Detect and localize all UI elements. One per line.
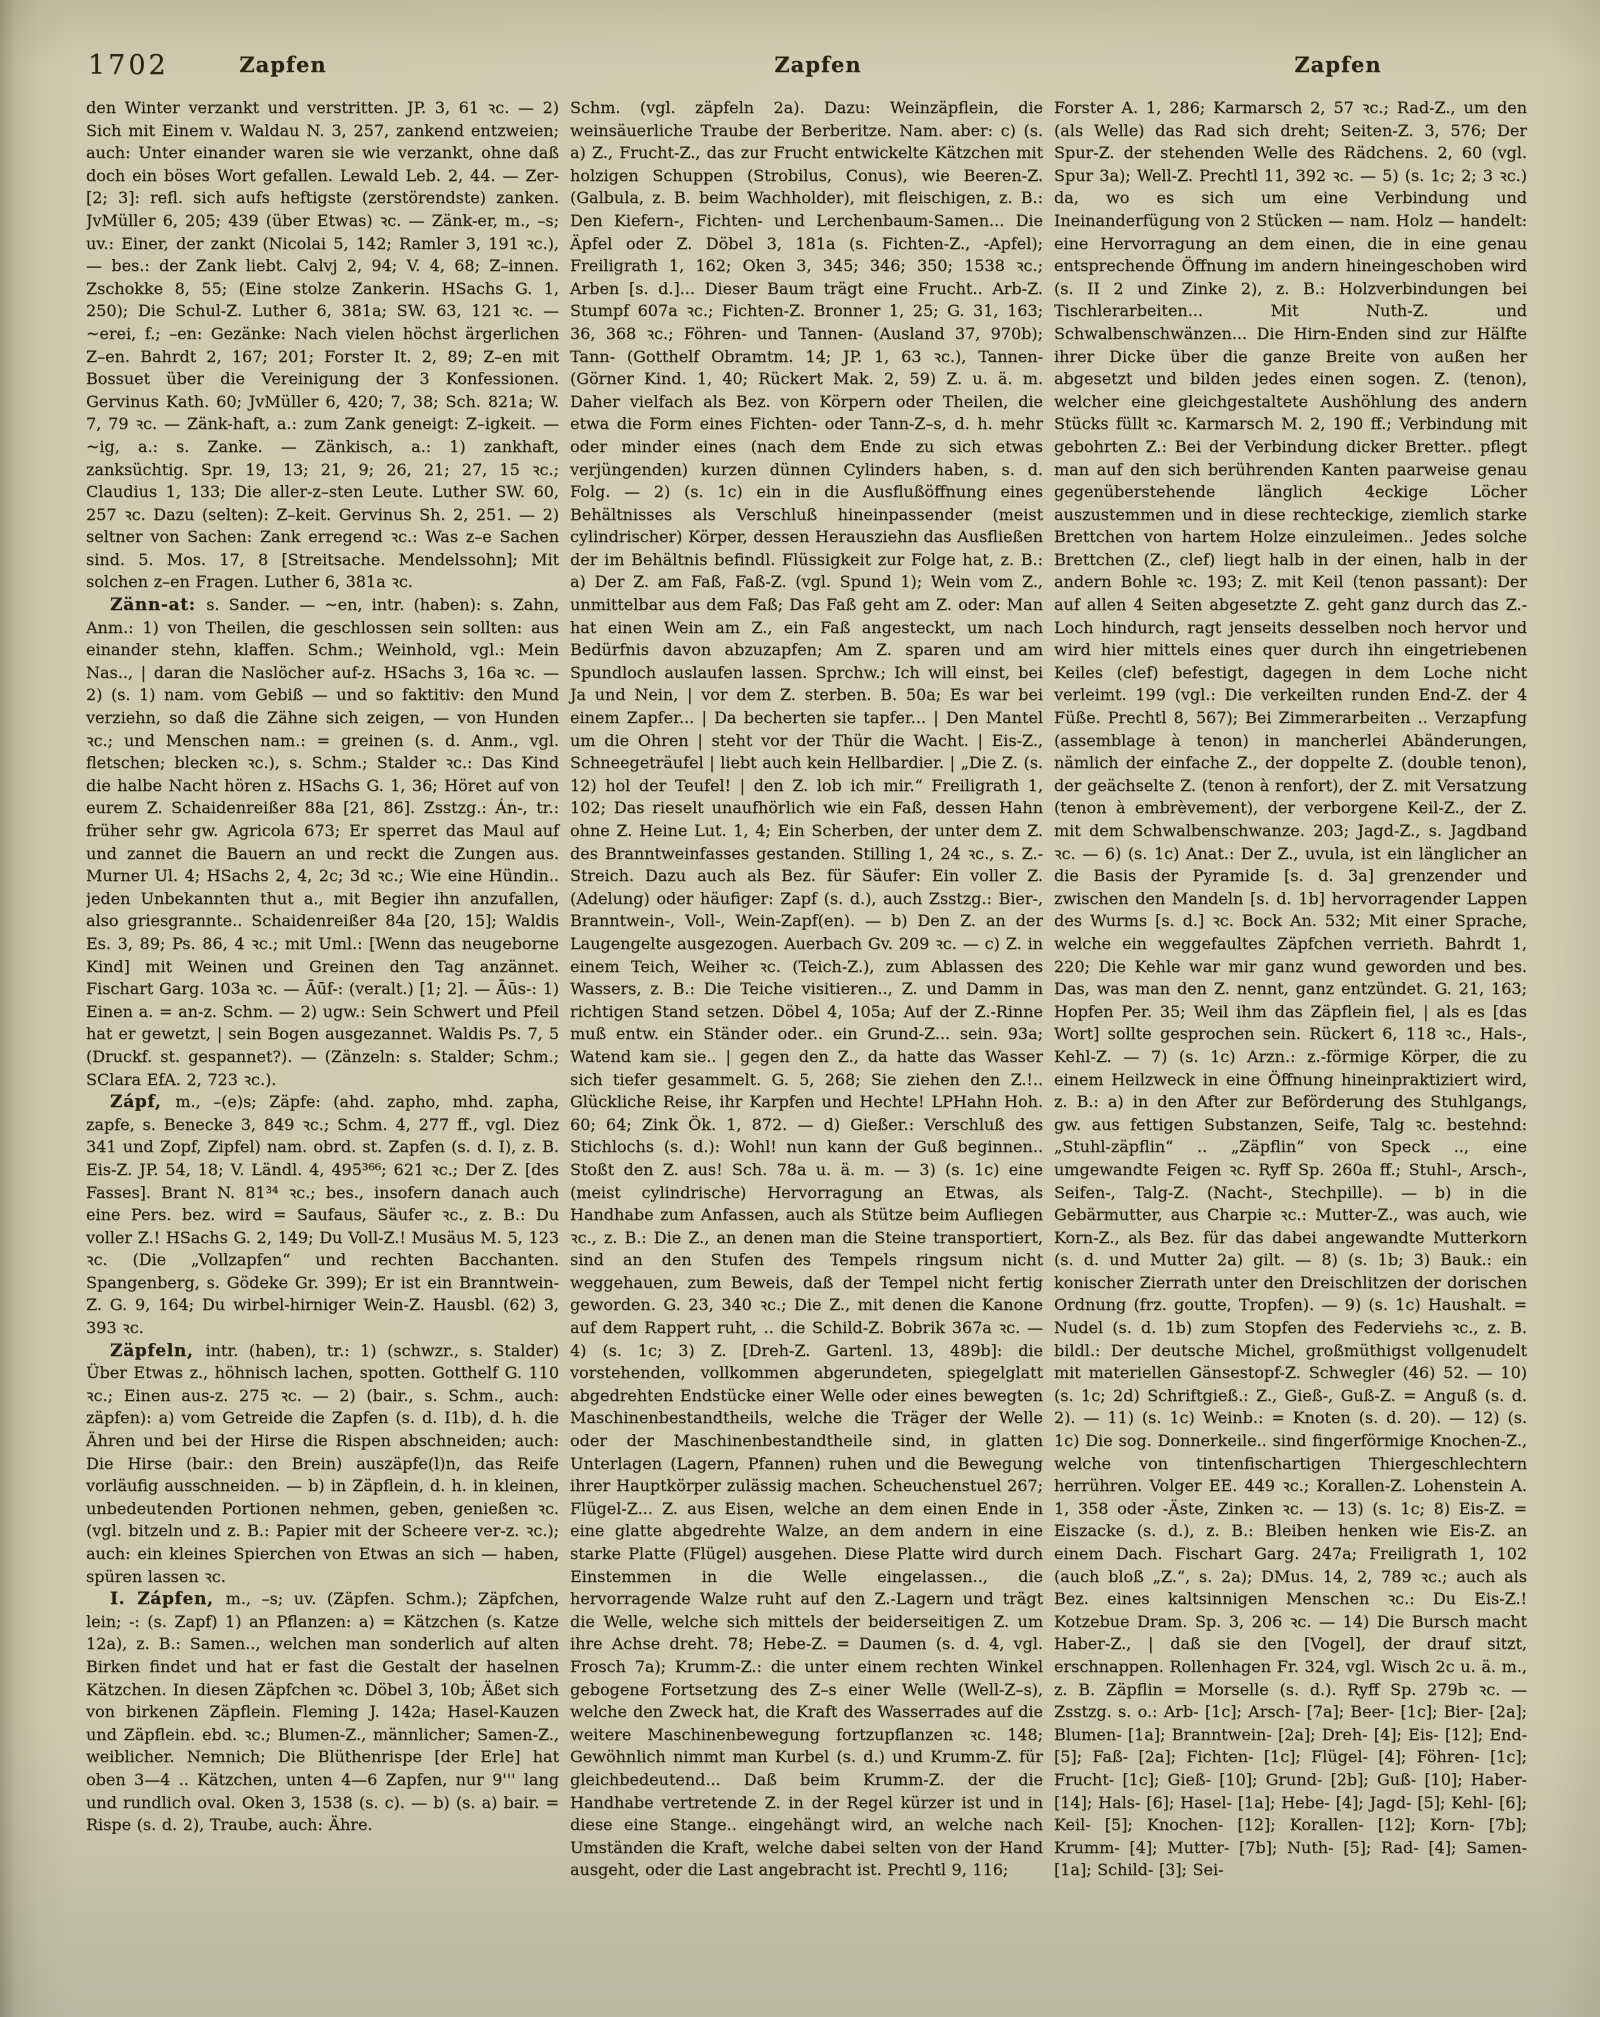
dictionary-paragraph: Forster A. 1, 286; Karmarsch 2, 57 ꝛc.; … bbox=[1054, 97, 1527, 1882]
text-columns: den Winter verzankt und verstritten. JP.… bbox=[86, 97, 1528, 1897]
entry-headword: I. Zápfen, bbox=[110, 1589, 226, 1609]
column-2: Schm. (vgl. zäpfeln 2a). Dazu: Weinzäpfl… bbox=[570, 97, 1043, 1897]
dictionary-paragraph: Zäpfeln, intr. (haben), tr.: 1) (schwzr.… bbox=[86, 1340, 559, 1589]
dictionary-paragraph: Zápf, m., –(e)s; Zäpfe: (ahd. zapho, mhd… bbox=[86, 1091, 559, 1340]
entry-headword: Zápf, bbox=[110, 1092, 175, 1112]
scanned-dictionary-page: 1702 Zapfen Zapfen Zapfen den Winter ver… bbox=[0, 0, 1600, 2017]
running-head-column-2: Zapfen bbox=[774, 52, 861, 77]
page-header: 1702 Zapfen Zapfen Zapfen bbox=[0, 48, 1600, 84]
page-number: 1702 bbox=[88, 50, 169, 81]
running-head-column-3: Zapfen bbox=[1294, 52, 1381, 77]
column-1: den Winter verzankt und verstritten. JP.… bbox=[86, 97, 559, 1897]
dictionary-paragraph: den Winter verzankt und verstritten. JP.… bbox=[86, 97, 559, 594]
dictionary-paragraph: I. Zápfen, m., –s; uv. (Zäpfen. Schm.); … bbox=[86, 1588, 559, 1837]
dictionary-paragraph: Schm. (vgl. zäpfeln 2a). Dazu: Weinzäpfl… bbox=[570, 97, 1043, 1882]
dictionary-paragraph: Zänn-at: s. Sander. — ~en, intr. (haben)… bbox=[86, 594, 559, 1091]
column-3: Forster A. 1, 286; Karmarsch 2, 57 ꝛc.; … bbox=[1054, 97, 1527, 1897]
entry-headword: Zäpfeln, bbox=[110, 1341, 205, 1361]
running-head-column-1: Zapfen bbox=[239, 52, 326, 77]
entry-headword: Zänn-at: bbox=[110, 595, 206, 615]
